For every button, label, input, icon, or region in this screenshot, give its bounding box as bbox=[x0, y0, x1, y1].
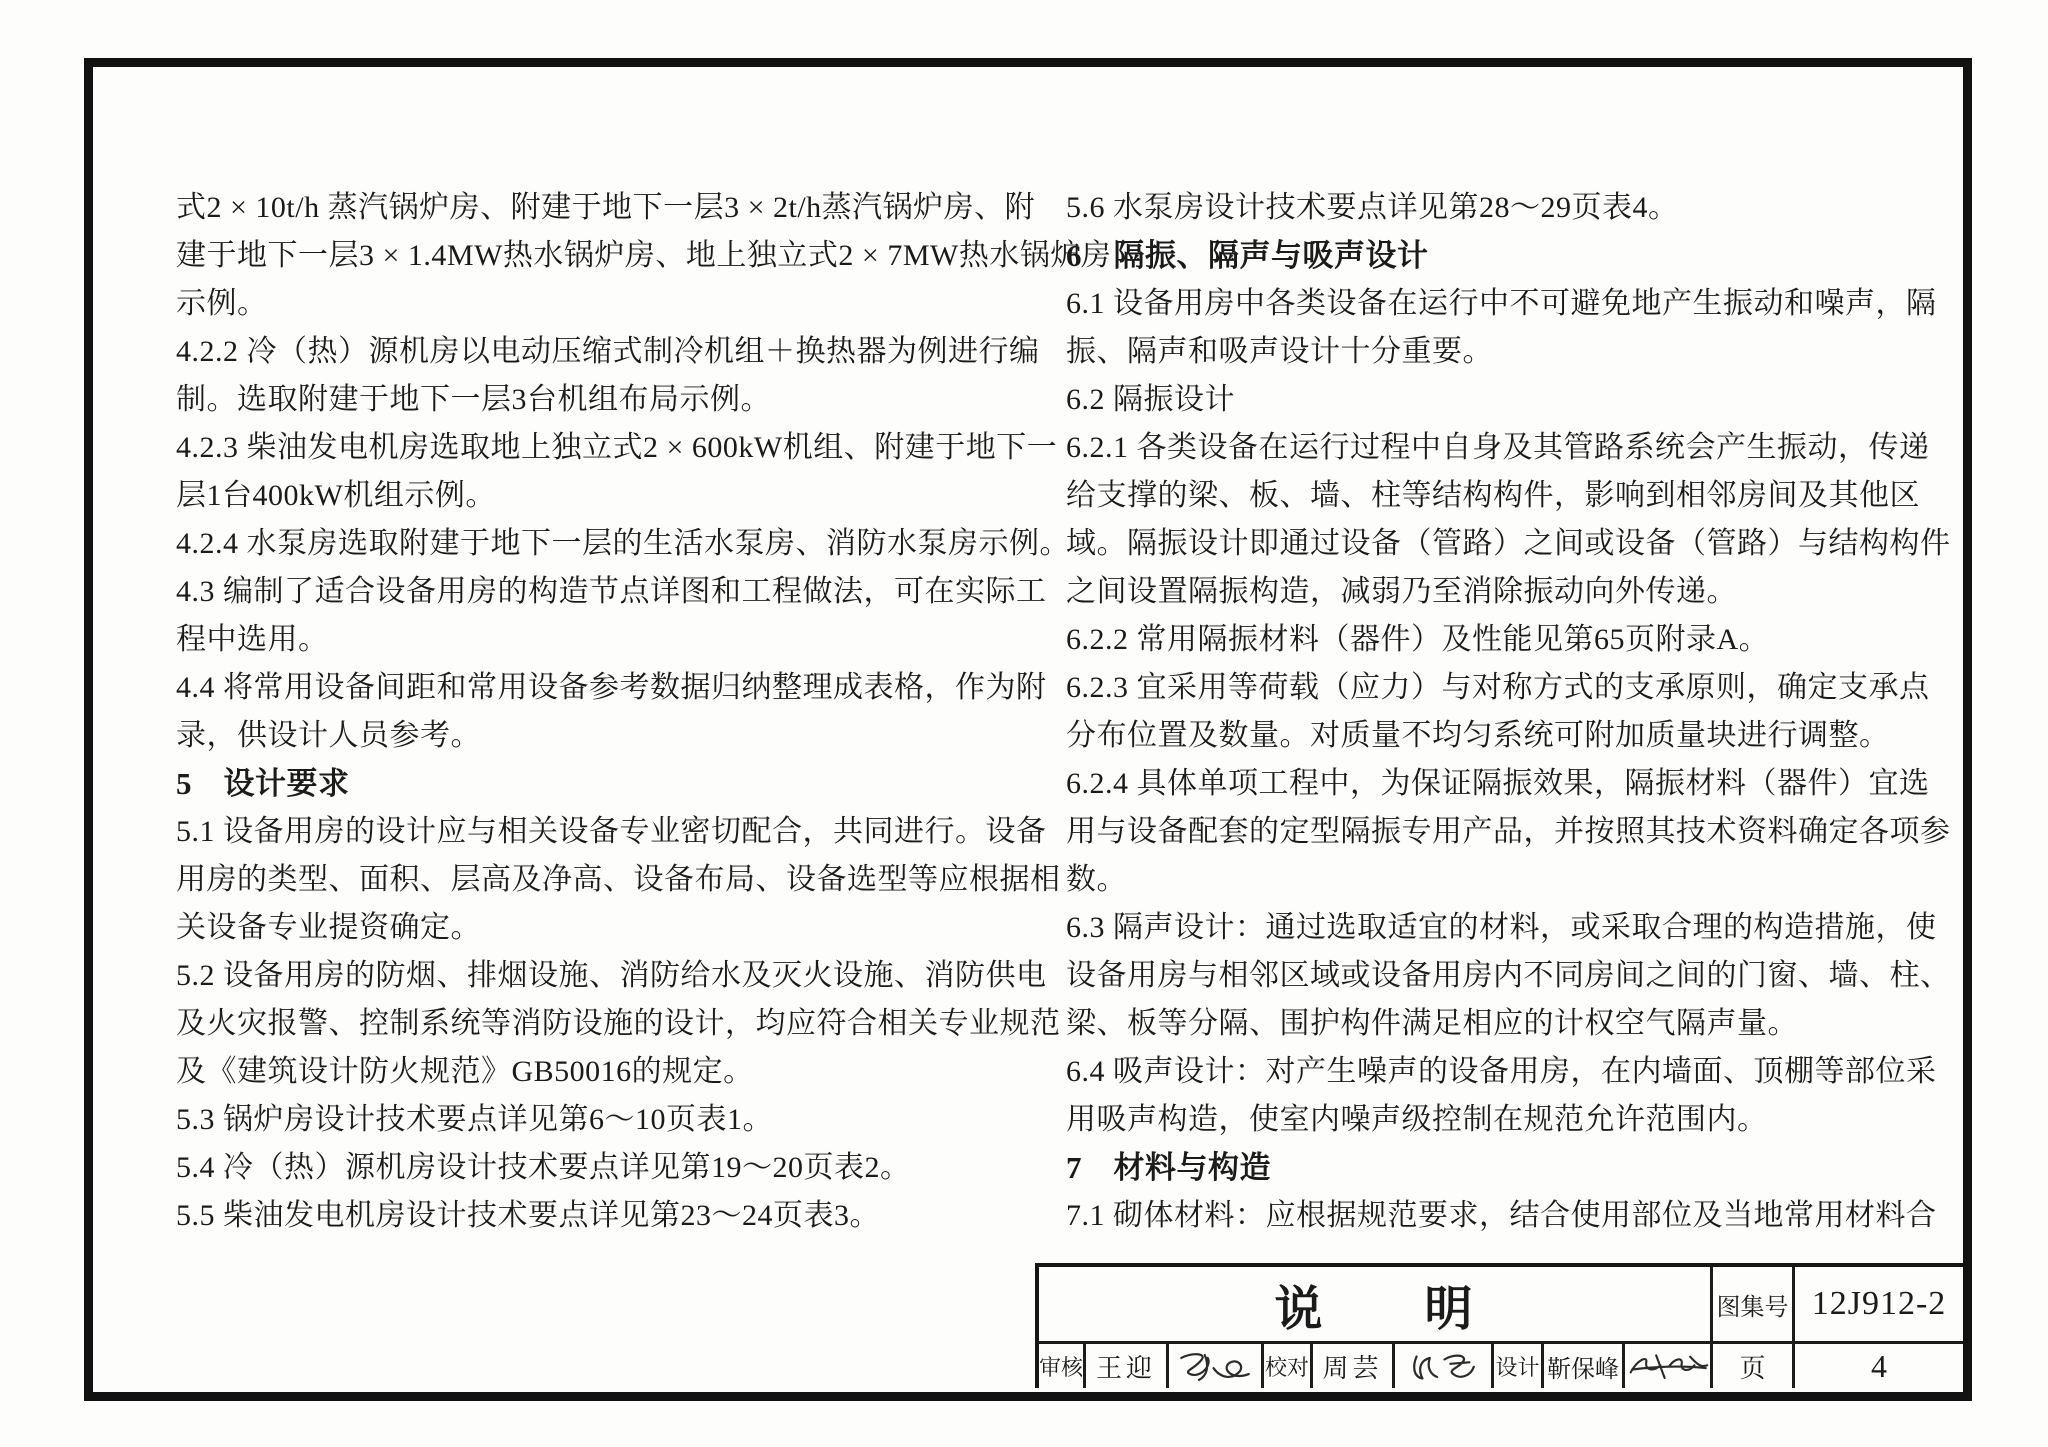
text-line: 5.1 设备用房的设计应与相关设备专业密切配合，共同进行。设备 bbox=[176, 808, 1014, 856]
reviewer-name: 王迎 bbox=[1083, 1344, 1166, 1388]
text-line: 式2 × 10t/h 蒸汽锅炉房、附建于地下一层3 × 2t/h蒸汽锅炉房、附 bbox=[176, 184, 1014, 232]
atlas-no-label: 图集号 bbox=[1710, 1267, 1792, 1341]
section-heading-design-requirements: 5 设计要求 bbox=[176, 760, 1014, 808]
text-line: 6.2 隔振设计 bbox=[1066, 376, 1928, 424]
text-line: 域。隔振设计即通过设备（管路）之间或设备（管路）与结构构件 bbox=[1066, 520, 1928, 568]
title-block: 说 明 图集号 12J912-2 审核 王迎 校对 周芸 设计 靳保峰 bbox=[1035, 1263, 1963, 1388]
section-heading-vibration-sound: 6 隔振、隔声与吸声设计 bbox=[1066, 232, 1928, 280]
text-line: 振、隔声和吸声设计十分重要。 bbox=[1066, 328, 1928, 376]
text-line: 5.2 设备用房的防烟、排烟设施、消防给水及灭火设施、消防供电 bbox=[176, 952, 1014, 1000]
designer-signature bbox=[1622, 1344, 1710, 1388]
text-line: 5.5 柴油发电机房设计技术要点详见第23～24页表3。 bbox=[176, 1192, 1014, 1240]
text-line: 4.2.2 冷（热）源机房以电动压缩式制冷机组＋换热器为例进行编 bbox=[176, 328, 1014, 376]
text-line: 5.4 冷（热）源机房设计技术要点详见第19～20页表2。 bbox=[176, 1144, 1014, 1192]
text-line: 录，供设计人员参考。 bbox=[176, 712, 1014, 760]
scanned-atlas-page: 式2 × 10t/h 蒸汽锅炉房、附建于地下一层3 × 2t/h蒸汽锅炉房、附 … bbox=[0, 0, 2048, 1447]
title-block-bottom-row: 审核 王迎 校对 周芸 设计 靳保峰 页 4 bbox=[1039, 1341, 1963, 1388]
designer-label: 设计 bbox=[1491, 1344, 1541, 1388]
text-line: 示例。 bbox=[176, 280, 1014, 328]
handwritten-signature bbox=[1625, 1345, 1710, 1387]
text-line: 设备用房与相邻区域或设备用房内不同房间之间的门窗、墙、柱、 bbox=[1066, 952, 1928, 1000]
text-line: 5.6 水泵房设计技术要点详见第28～29页表4。 bbox=[1066, 184, 1928, 232]
text-line: 及《建筑设计防火规范》GB50016的规定。 bbox=[176, 1048, 1014, 1096]
text-line: 4.4 将常用设备间距和常用设备参考数据归纳整理成表格，作为附 bbox=[176, 664, 1014, 712]
text-line: 6.3 隔声设计：通过选取适宜的材料，或采取合理的构造措施，使 bbox=[1066, 904, 1928, 952]
text-line: 6.2.2 常用隔振材料（器件）及性能见第65页附录A。 bbox=[1066, 616, 1928, 664]
text-line: 关设备专业提资确定。 bbox=[176, 904, 1014, 952]
proofreader-label: 校对 bbox=[1261, 1344, 1310, 1388]
handwritten-signature bbox=[1399, 1345, 1487, 1387]
text-line: 7.1 砌体材料：应根据规范要求，结合使用部位及当地常用材料合 bbox=[1066, 1192, 1928, 1240]
text-line: 分布位置及数量。对质量不均匀系统可附加质量块进行调整。 bbox=[1066, 712, 1928, 760]
text-line: 梁、板等分隔、围护构件满足相应的计权空气隔声量。 bbox=[1066, 1000, 1928, 1048]
text-line: 4.3 编制了适合设备用房的构造节点详图和工程做法，可在实际工 bbox=[176, 568, 1014, 616]
designer-name: 靳保峰 bbox=[1541, 1344, 1622, 1388]
text-line: 6.4 吸声设计：对产生噪声的设备用房，在内墙面、顶棚等部位采 bbox=[1066, 1048, 1928, 1096]
text-line: 4.2.4 水泵房选取附建于地下一层的生活水泵房、消防水泵房示例。 bbox=[176, 520, 1014, 568]
proofreader-name: 周芸 bbox=[1310, 1344, 1392, 1388]
text-line: 4.2.3 柴油发电机房选取地上独立式2 × 600kW机组、附建于地下一 bbox=[176, 424, 1014, 472]
text-line: 用房的类型、面积、层高及净高、设备布局、设备选型等应根据相 bbox=[176, 856, 1014, 904]
text-line: 用吸声构造，使室内噪声级控制在规范允许范围内。 bbox=[1066, 1096, 1928, 1144]
text-line: 6.2.1 各类设备在运行过程中自身及其管路系统会产生振动，传递 bbox=[1066, 424, 1928, 472]
page-label: 页 bbox=[1710, 1344, 1792, 1388]
text-line: 用与设备配套的定型隔振专用产品，并按照其技术资料确定各项参 bbox=[1066, 808, 1928, 856]
section-heading-materials-construction: 7 材料与构造 bbox=[1066, 1144, 1928, 1192]
text-line: 5.3 锅炉房设计技术要点详见第6～10页表1。 bbox=[176, 1096, 1014, 1144]
text-line: 给支撑的梁、板、墙、柱等结构构件，影响到相邻房间及其他区 bbox=[1066, 472, 1928, 520]
reviewer-label: 审核 bbox=[1039, 1344, 1083, 1388]
text-line: 之间设置隔振构造，减弱乃至消除振动向外传递。 bbox=[1066, 568, 1928, 616]
sheet-title: 说 明 bbox=[1039, 1267, 1710, 1341]
atlas-no-value: 12J912-2 bbox=[1792, 1267, 1963, 1341]
text-line: 制。选取附建于地下一层3台机组布局示例。 bbox=[176, 376, 1014, 424]
text-line: 层1台400kW机组示例。 bbox=[176, 472, 1014, 520]
text-line: 6.2.4 具体单项工程中，为保证隔振效果，隔振材料（器件）宜选 bbox=[1066, 760, 1928, 808]
text-line: 程中选用。 bbox=[176, 616, 1014, 664]
text-line: 及火灾报警、控制系统等消防设施的设计，均应符合相关专业规范 bbox=[176, 1000, 1014, 1048]
text-line: 6.2.3 宜采用等荷载（应力）与对称方式的支承原则，确定支承点 bbox=[1066, 664, 1928, 712]
text-line: 建于地下一层3 × 1.4MW热水锅炉房、地上独立式2 × 7MW热水锅炉房 bbox=[176, 232, 1014, 280]
left-column: 式2 × 10t/h 蒸汽锅炉房、附建于地下一层3 × 2t/h蒸汽锅炉房、附 … bbox=[176, 184, 1014, 1240]
proofreader-signature bbox=[1392, 1344, 1491, 1388]
text-line: 6.1 设备用房中各类设备在运行中不可避免地产生振动和噪声，隔 bbox=[1066, 280, 1928, 328]
reviewer-signature bbox=[1166, 1344, 1261, 1388]
page-number: 4 bbox=[1792, 1344, 1963, 1388]
handwritten-signature bbox=[1171, 1345, 1259, 1387]
title-block-top-row: 说 明 图集号 12J912-2 bbox=[1039, 1267, 1963, 1341]
text-line: 数。 bbox=[1066, 856, 1928, 904]
right-column: 5.6 水泵房设计技术要点详见第28～29页表4。 6 隔振、隔声与吸声设计 6… bbox=[1066, 184, 1928, 1240]
